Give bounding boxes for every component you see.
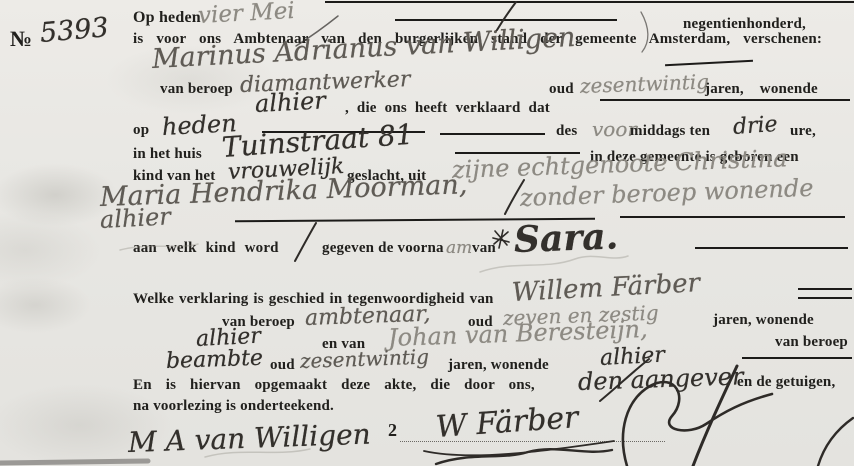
fill-line <box>600 99 850 101</box>
handwritten-declarant-name: Marinus Adrianus van Willigen <box>151 22 576 75</box>
printed-en-de-getuigen: en de getuigen, <box>737 374 835 391</box>
handwritten-age: zesentwintig <box>580 70 710 98</box>
printed-van-beroep-3: van beroep <box>775 334 848 351</box>
handwritten-hour: drie <box>732 112 778 140</box>
printed-verklaard: , die ons heeft verklaard dat <box>345 100 550 117</box>
printed-middags-ten: middags ten <box>630 123 710 140</box>
signature-witness1: W Färber <box>435 400 580 445</box>
handwritten-witness2-occupation: beambte <box>166 346 264 374</box>
printed-van-beroep: van beroep <box>160 81 233 98</box>
handwritten-child-name: Sara. <box>513 215 619 261</box>
form-top-border <box>325 1 854 3</box>
printed-na-voorlezing: na voorlezing is onderteekend. <box>133 398 334 415</box>
printed-aan-welk-kind: aan welk kind word <box>133 240 279 257</box>
record-number-label: № <box>10 26 32 52</box>
fill-line <box>620 216 845 218</box>
printed-van: van <box>472 240 496 257</box>
handwritten-am-correction: am <box>446 238 472 258</box>
printed-oud-3: oud <box>270 357 295 374</box>
fill-line <box>440 133 545 135</box>
fill-line <box>742 357 852 359</box>
printed-jaren-wonende: jaren, wonende <box>705 81 818 98</box>
fill-line <box>395 19 617 21</box>
fill-line <box>695 247 848 249</box>
fill-line <box>798 297 852 299</box>
printed-ure: ure, <box>790 123 816 140</box>
handwritten-date: vier Mei <box>197 0 295 29</box>
signature-scrawl-right <box>623 382 772 466</box>
ink-flourishes-overlay <box>0 0 854 466</box>
printed-opgemaakt: En is hiervan opgemaakt deze akte, die d… <box>133 377 535 394</box>
signature-declarant: M A van Willigen <box>127 418 371 459</box>
printed-op: op <box>133 122 149 139</box>
record-number-value: 5393 <box>39 12 110 49</box>
handwritten-mother-residence: alhier <box>99 202 171 234</box>
handwritten-witness2-age: zesentwintig <box>300 345 430 373</box>
printed-oud: oud <box>549 81 574 98</box>
fill-line <box>665 60 753 66</box>
printed-jaren-wonende-2: jaren, wonende <box>713 312 814 329</box>
printed-in-het-huis: in het huis <box>133 146 202 163</box>
printed-gegeven-voorna: gegeven de voorna <box>322 240 444 257</box>
printed-op-heden: Op heden <box>133 9 201 27</box>
signature-reference-mark: 2 <box>388 420 397 441</box>
fill-line <box>798 288 852 290</box>
printed-jaren-wonende-3: jaren, wonende <box>448 357 549 374</box>
signature-partial-bottom <box>436 449 612 464</box>
printed-des: des <box>556 123 577 140</box>
handwritten-den-aangever: den aangever <box>578 362 744 396</box>
birth-certificate-scan: № 5393 Op heden vier Mei negentienhonder… <box>0 0 854 466</box>
handwritten-residence: alhier <box>254 86 326 118</box>
